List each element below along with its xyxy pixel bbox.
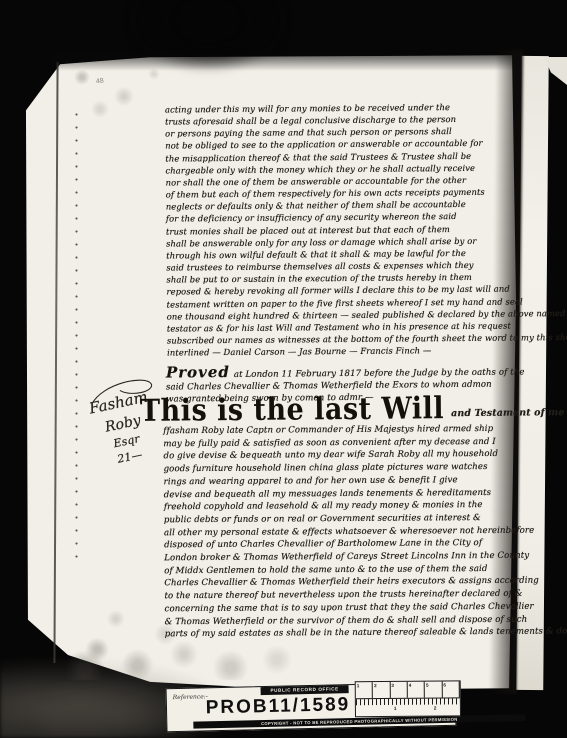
ruler-tick-number: 2 — [434, 706, 437, 711]
manuscript-lower-lines: may be fully paid & satisfied as soon as… — [163, 435, 520, 641]
ruler-cell-number: 1 — [356, 682, 373, 698]
ruler-cells: 123456 — [356, 681, 460, 699]
manuscript-line: goods furniture household linen china gl… — [164, 461, 520, 476]
corner-mottling — [58, 58, 178, 122]
ruler-cell-number: 2 — [373, 682, 390, 698]
measuring-ruler: 123456 1 2 — [355, 680, 461, 717]
ruler-cell-number: 4 — [408, 682, 425, 698]
microfilm-frame: 48 FashamRobyEsqr21— acting under this m… — [0, 0, 567, 738]
ruler-cell-number: 3 — [390, 682, 407, 698]
ruler-tick-number: 1 — [394, 706, 397, 711]
ruler-ticks: 1 2 — [356, 698, 460, 715]
reference-number: PROB11/1589 — [203, 694, 353, 719]
pencil-folio-mark: 48 — [96, 77, 105, 85]
proved-word: Proved — [166, 363, 230, 382]
manuscript-upper-block: acting under this my will for any monies… — [165, 100, 519, 358]
ruler-cell-number: 6 — [442, 681, 459, 697]
perforation-dots — [75, 108, 78, 566]
ruler-cell-number: 5 — [425, 681, 442, 697]
will-heading: This is the last Will and Testament of m… — [140, 392, 565, 427]
manuscript-line: parts of my said estates as shall be in … — [165, 626, 521, 641]
manuscript-lower-block: ffasham Roby late Captn or Commander of … — [163, 423, 520, 641]
reference-slip: Reference:- PUBLIC RECORD OFFICE PROB11/… — [166, 682, 457, 733]
will-heading-continuation: and Testament of me — [451, 407, 564, 424]
